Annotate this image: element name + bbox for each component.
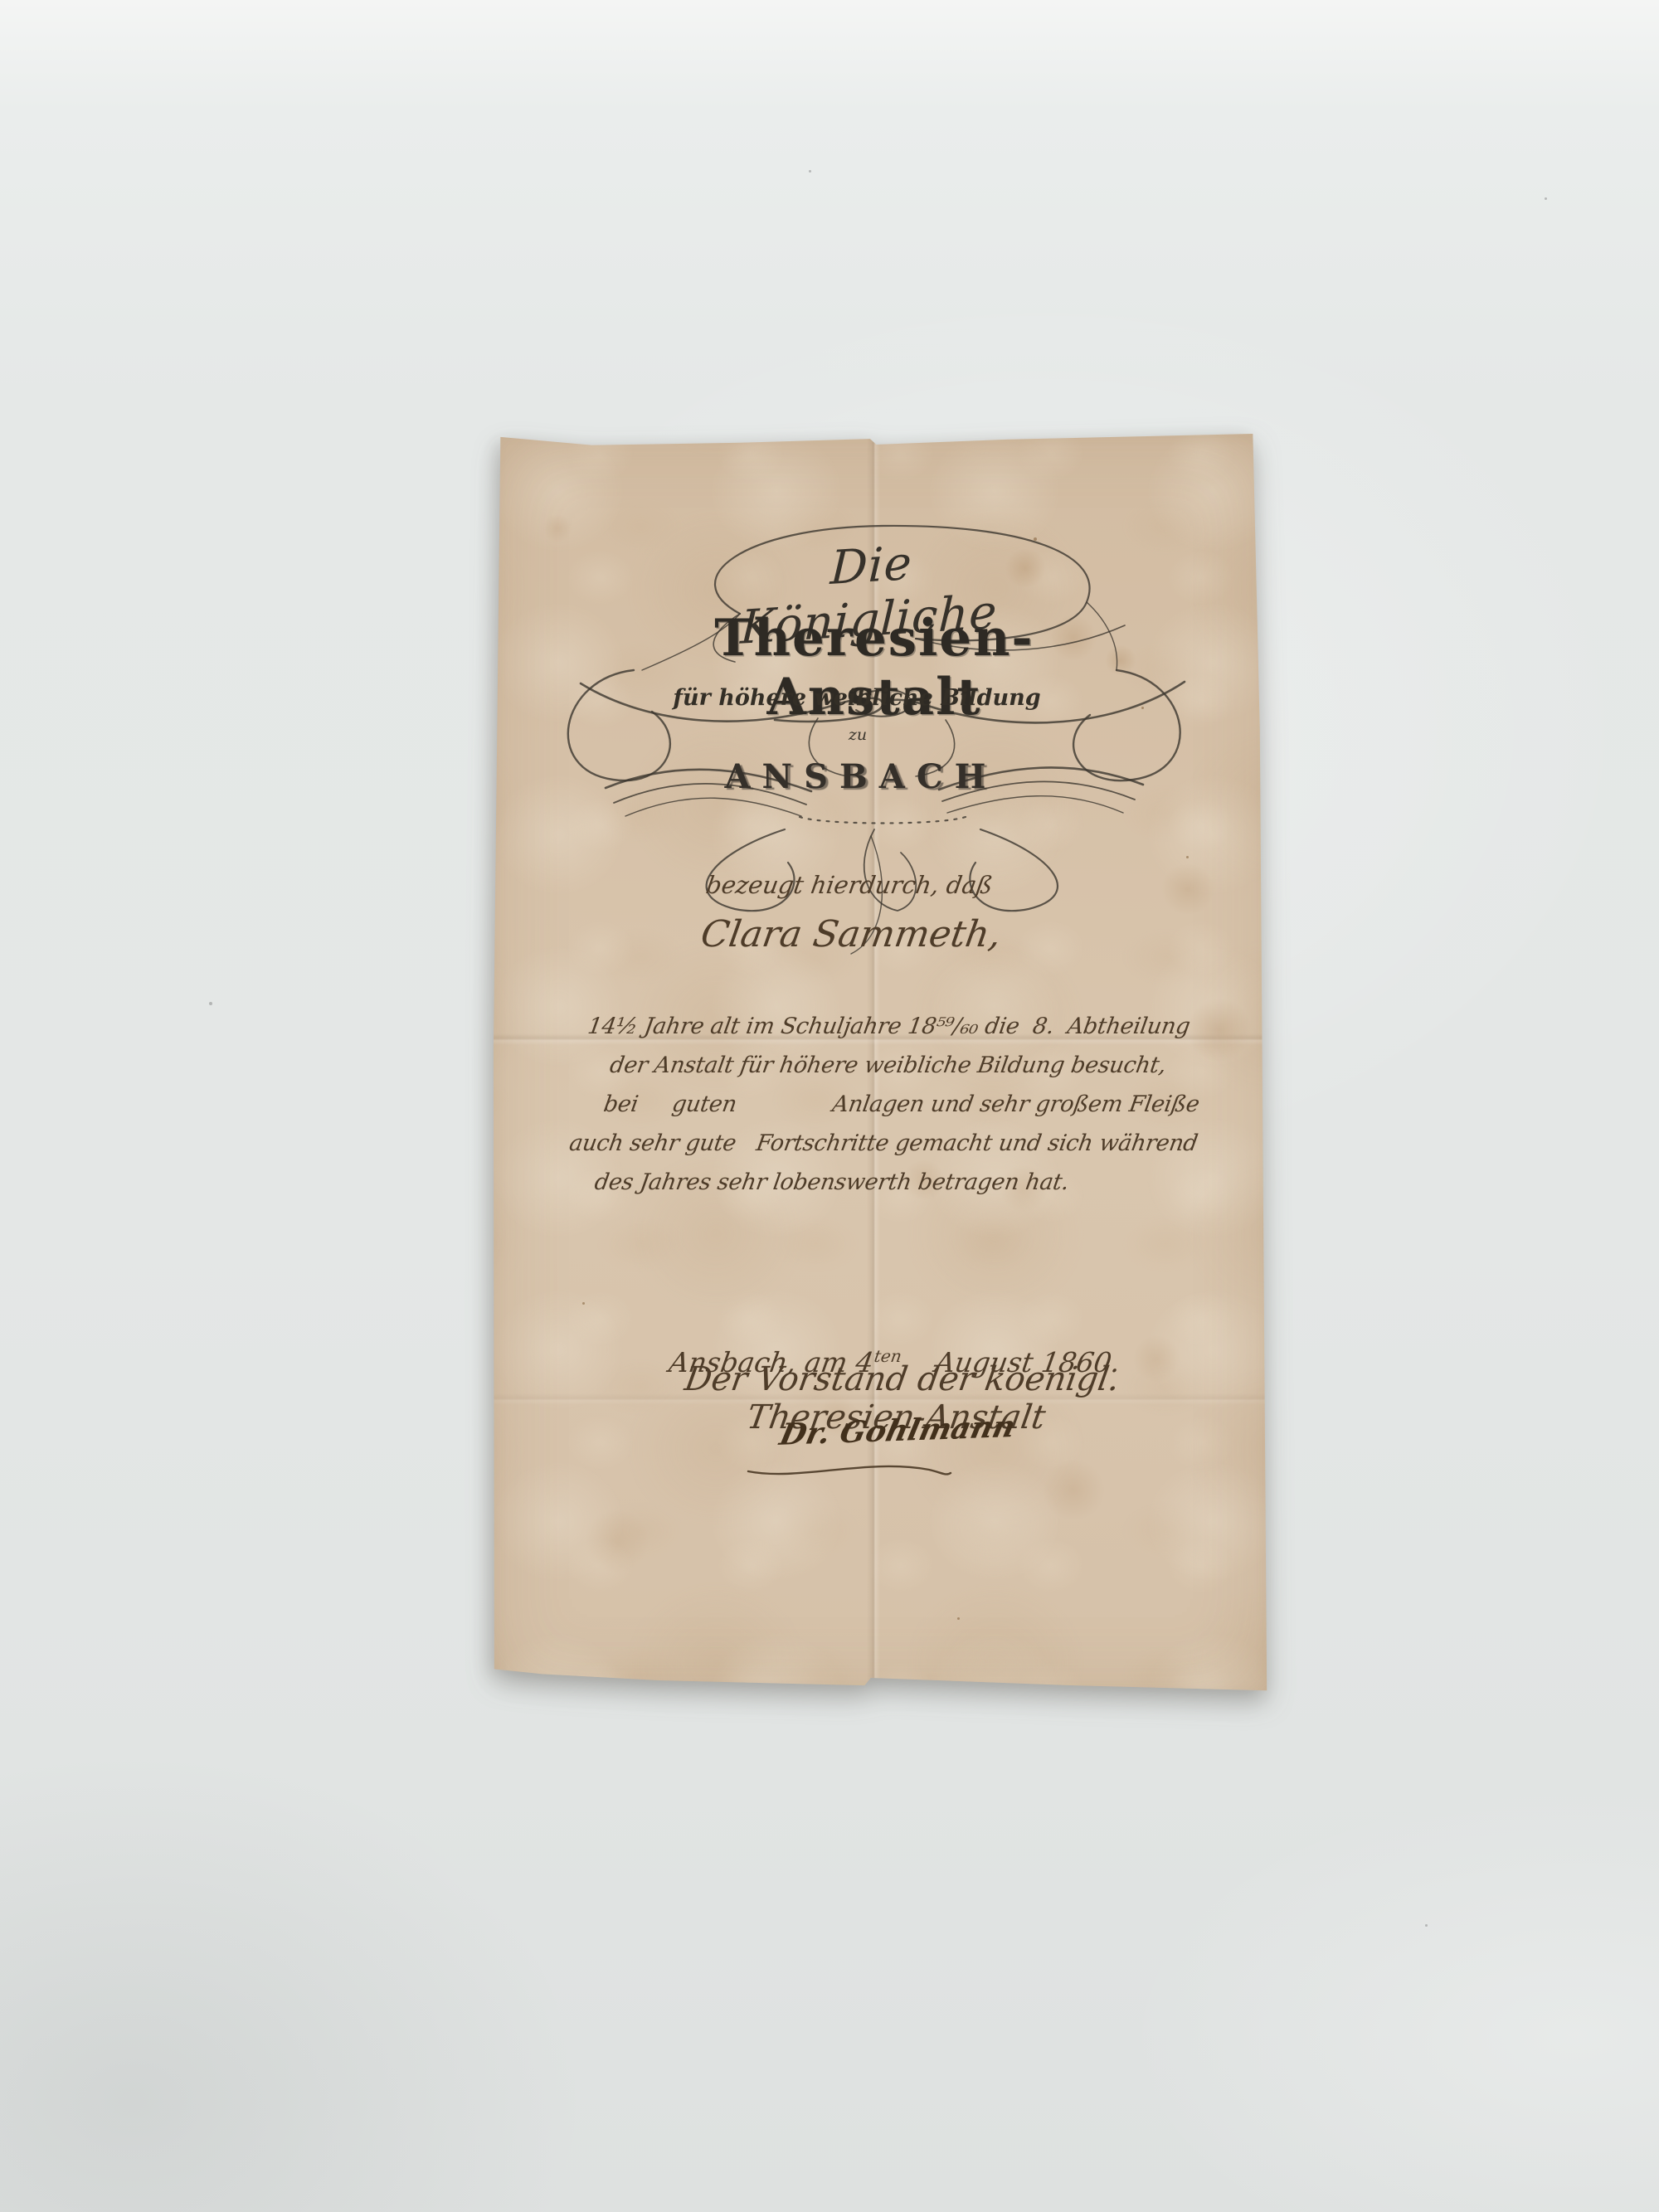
attest-line: bezeugt hierdurch, daß — [640, 871, 1058, 899]
issuer-line: Der Vorstand der koenigl. Theresien-Anst… — [603, 1360, 1196, 1437]
horizontal-fold-crease — [493, 1393, 1269, 1405]
certificate-paper: Die Königliche Theresien-Anstalt für höh… — [493, 431, 1269, 1694]
foxing-stain — [816, 1397, 859, 1437]
fox-dot — [957, 1617, 960, 1620]
masthead-purpose-line: für höhere weibliche Bildung — [649, 685, 1064, 711]
masthead-line-die-koenigliche: Die Königliche — [697, 528, 1044, 658]
foxing-stain — [542, 514, 572, 542]
signature-underline-flourish — [742, 1453, 957, 1486]
foxing-stain — [584, 1510, 650, 1573]
body-line-5: des Jahres sehr lobenswerth betragen hat… — [591, 1163, 1171, 1202]
body-line-2: der Anstalt für höhere weibliche Bildung… — [607, 1046, 1190, 1085]
foxing-stain — [902, 1160, 946, 1200]
foxing-stain — [999, 1165, 1048, 1212]
foxing-stain — [1048, 615, 1098, 660]
student-name: Clara Sammeth, — [599, 913, 1103, 955]
fox-dot — [582, 1302, 585, 1305]
certificate-body-paragraph: 14½ Jahre alt im Schuljahre 18⁵⁹/₆₀ die … — [560, 1007, 1196, 1202]
foxing-stain — [1131, 1335, 1181, 1382]
foxing-stain — [1186, 999, 1253, 1062]
fox-dot — [1141, 707, 1144, 709]
dust-speck — [209, 1002, 212, 1005]
fox-dot — [1186, 856, 1189, 858]
masthead-zu: zu — [650, 726, 1065, 744]
director-signature: Dr. Gohlmann — [684, 1406, 1110, 1455]
vertical-fold-crease — [867, 431, 880, 1694]
body-line-3: bei guten Anlagen und sehr großem Fleiße — [601, 1085, 1184, 1124]
masthead-city-ansbach: ANSBACH — [654, 757, 1068, 796]
dust-speck — [1545, 197, 1547, 200]
dust-speck — [1425, 1924, 1428, 1927]
certificate-paper-wrap: Die Königliche Theresien-Anstalt für höh… — [493, 431, 1269, 1694]
foxing-stain — [1160, 864, 1216, 914]
foxing-stain — [1040, 1460, 1107, 1519]
fox-dot — [1034, 537, 1037, 541]
calligraphic-flourish-ornament — [526, 521, 1239, 1002]
date-line: Ansbach, am 4ten August 1860. — [592, 1314, 1106, 1411]
foxing-stain — [1004, 549, 1047, 587]
body-line-1: 14½ Jahre alt im Schuljahre 18⁵⁹/₆₀ die … — [585, 1007, 1196, 1046]
body-line-4: auch sehr gute Fortschritte gemacht und … — [567, 1124, 1178, 1163]
horizontal-fold-crease — [493, 1033, 1269, 1045]
dust-speck — [809, 170, 811, 173]
date-ordinal-superscript: ten — [873, 1346, 903, 1366]
photo-of-certificate: Die Königliche Theresien-Anstalt für höh… — [0, 0, 1659, 2212]
date-prefix: Ansbach, am 4 — [667, 1346, 876, 1378]
date-suffix: August 1860. — [898, 1346, 1123, 1378]
masthead-institution-name: Theresien-Anstalt — [624, 609, 1125, 727]
foxing-stain — [1104, 645, 1137, 675]
